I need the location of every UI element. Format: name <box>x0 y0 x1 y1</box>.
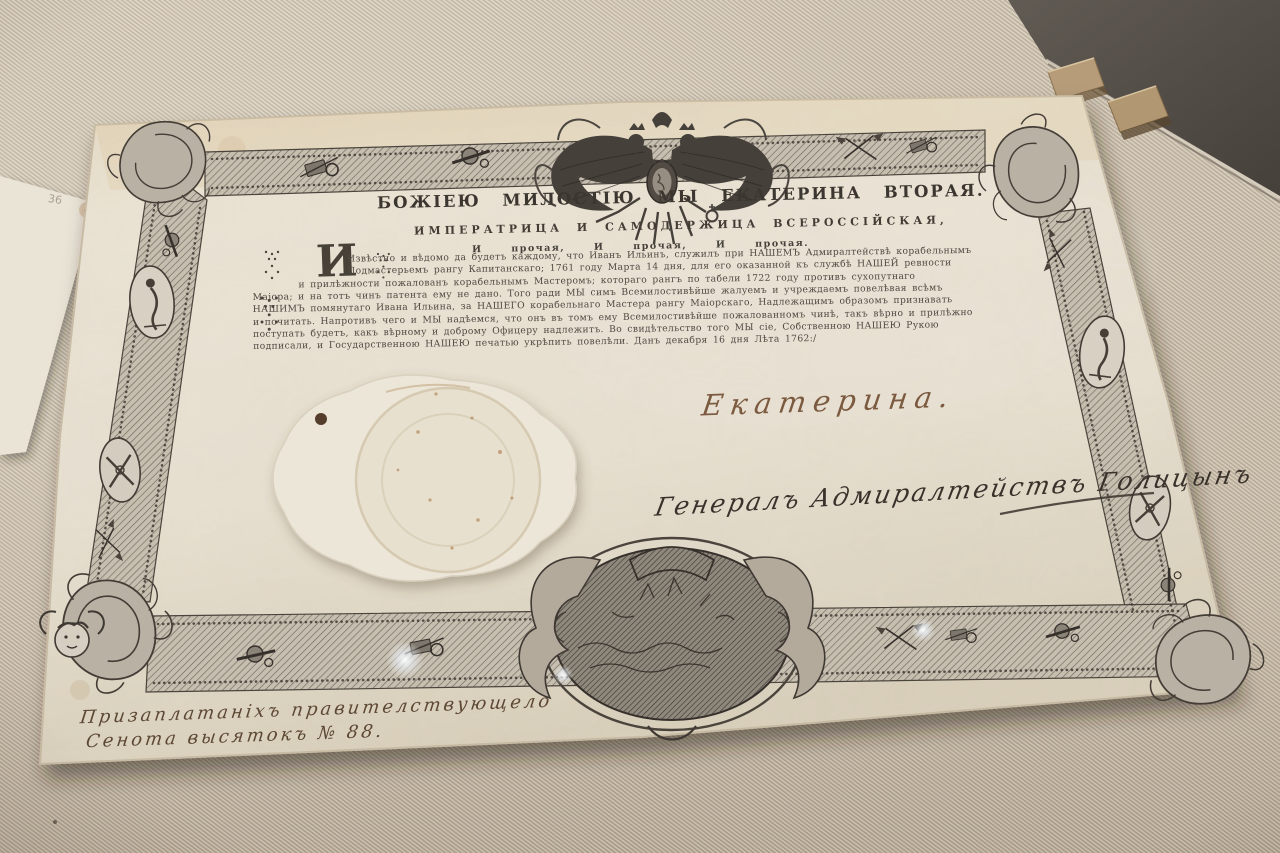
imperial-signature: Екатерина. <box>700 379 958 422</box>
charter-subtitle: ИМПЕРАТРИЦА И САМОДЕРЖИЦА ВСЕРОССІЙСКАЯ, <box>414 213 948 237</box>
museum-display-photo: БОЖІЕЮ МИЛОСТІЮ МЫ ЕКАТЕРИНА ВТОРАЯ. ИМП… <box>0 0 1280 853</box>
charter-body: Извѣстно и вѣдомо да будетъ каждому, что… <box>252 245 973 354</box>
cherub-icon <box>40 611 104 657</box>
countersignature: Генералъ Адмиралтействъ Голицынъ <box>653 459 1256 522</box>
paper-covered-seal <box>273 375 576 581</box>
mount-clip-icon <box>1108 86 1172 140</box>
mount-clip-icon <box>1048 58 1108 108</box>
trophy-engravings <box>93 133 1183 667</box>
adjacent-parchment-corner <box>0 176 96 455</box>
wall-background <box>1008 0 1280 202</box>
bottom-cartouche <box>519 538 824 740</box>
overlay-layer <box>0 0 1280 853</box>
engraving-art-layer <box>0 0 1280 853</box>
seal-speckles <box>397 392 514 549</box>
glass-glare-icon <box>386 618 935 685</box>
seal-ink-spot <box>315 413 327 425</box>
dust-speck <box>53 820 57 824</box>
charter-title: БОЖІЕЮ МИЛОСТІЮ МЫ ЕКАТЕРИНА ВТОРАЯ. <box>377 181 985 213</box>
pencil-inventory-mark: 36 <box>47 192 63 207</box>
